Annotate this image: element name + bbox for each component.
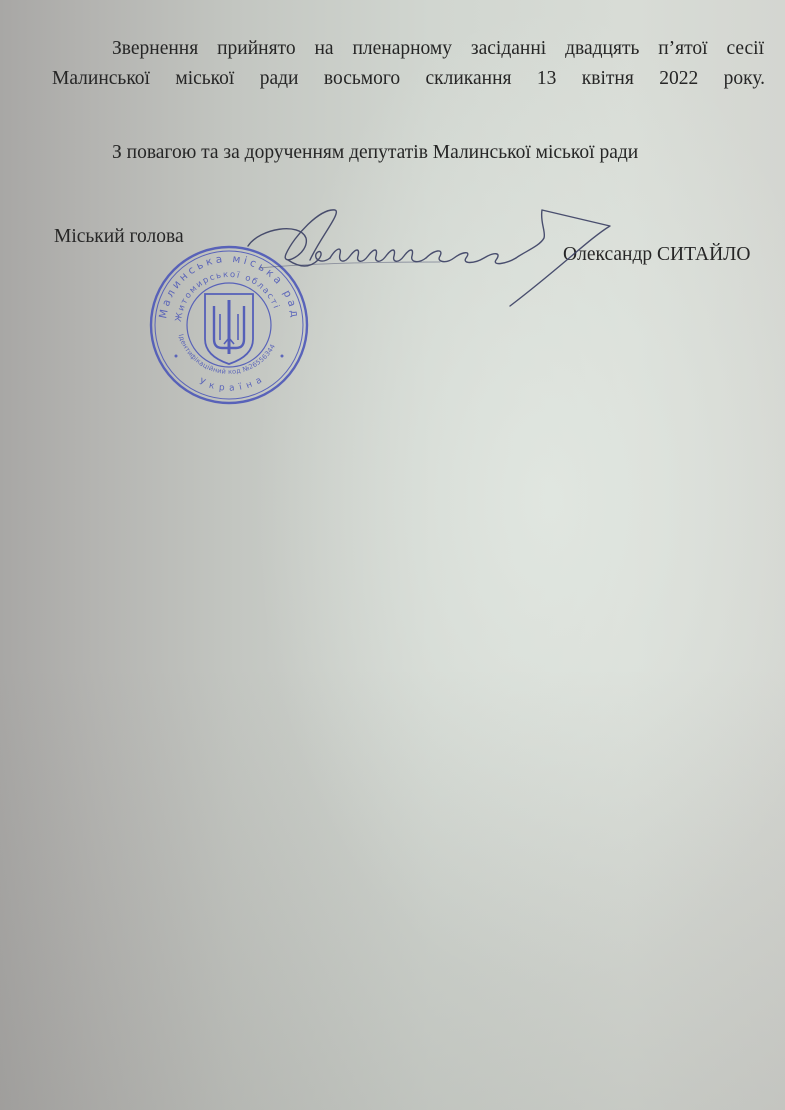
paragraph-1-line-1: Звернення прийнято на пленарному засідан… [112, 38, 764, 60]
stamp-outer-text: Малинська міська рада [148, 244, 301, 321]
stamp-country-text: Україна [198, 373, 268, 394]
paragraph-1-line-2: Малинської міської ради восьмого скликан… [52, 68, 765, 90]
paper-background [0, 0, 785, 1110]
closing-paragraph: З повагою та за дорученням депутатів Мал… [112, 142, 638, 164]
trident-icon [205, 294, 253, 364]
official-stamp: Малинська міська рада Житомирської облас… [148, 244, 310, 406]
signatory-name: Олександр СИТАЙЛО [563, 244, 751, 266]
